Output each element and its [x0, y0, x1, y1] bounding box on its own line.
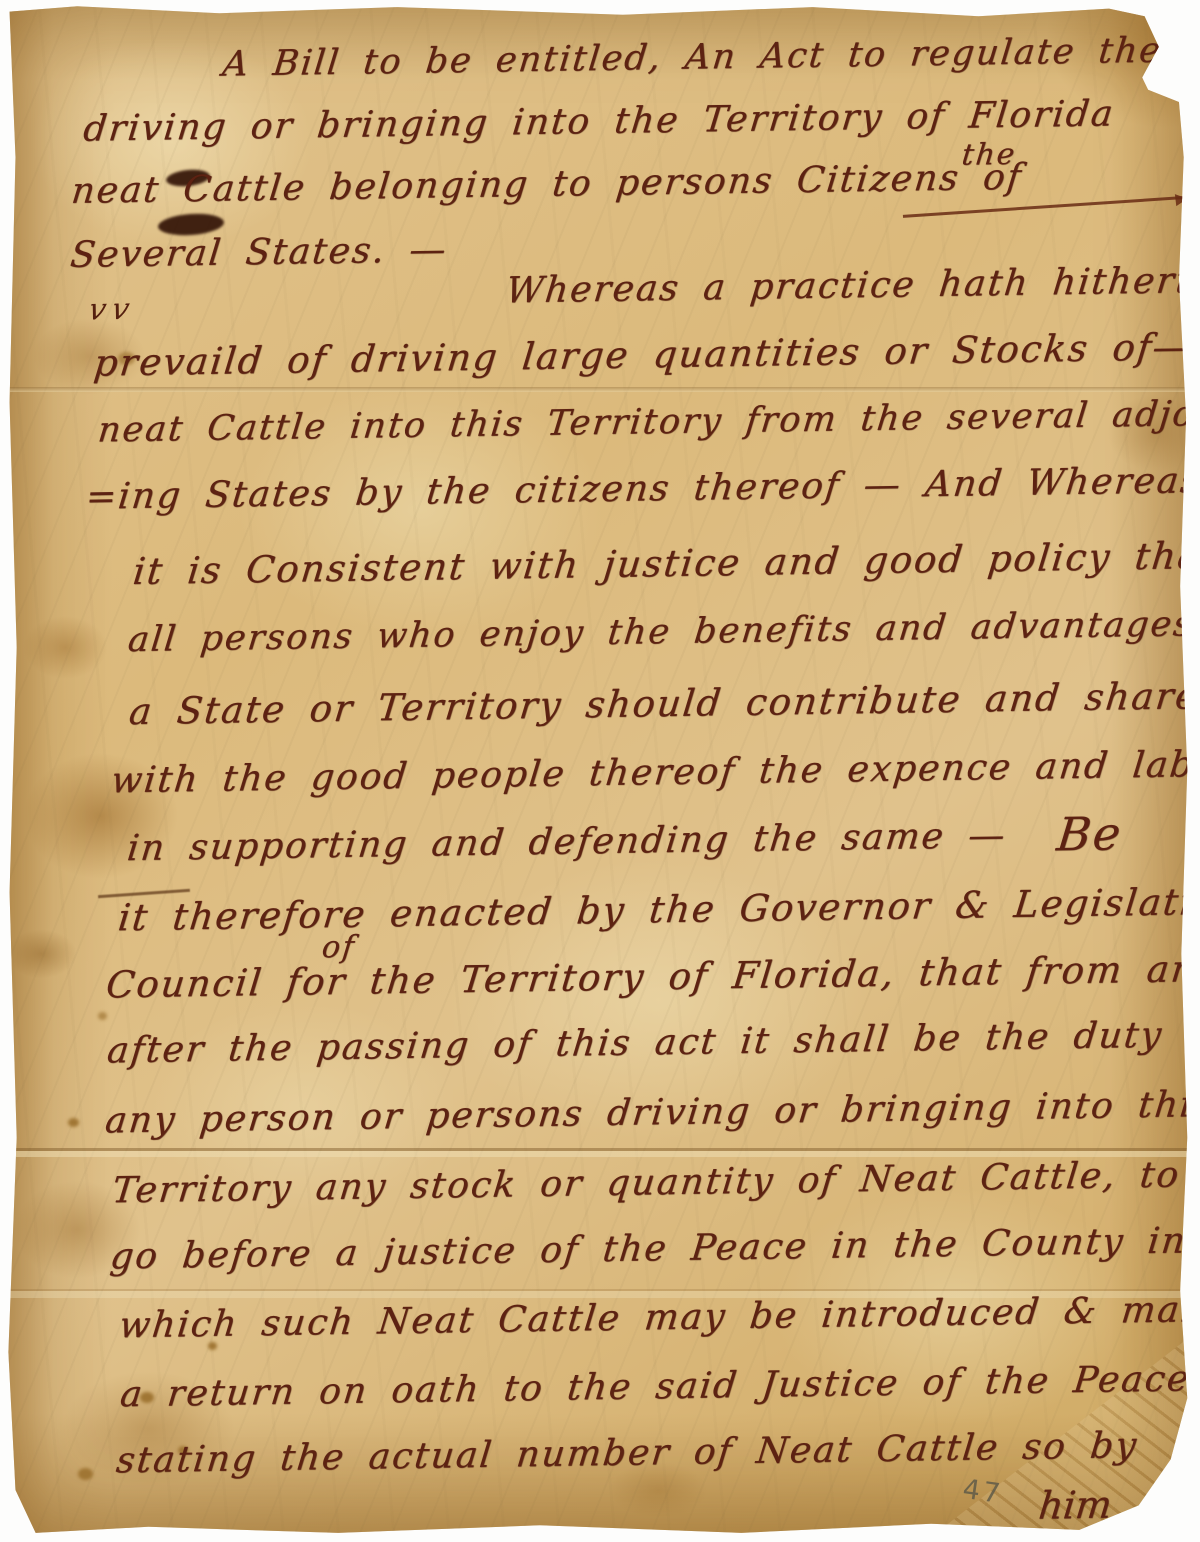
line-text: stating the actual number of Neat Cattle… — [114, 1425, 1140, 1481]
manuscript-line: after the passing of this act it shall b… — [105, 1016, 1200, 1069]
manuscript-line: =ing States by the citizens thereof — An… — [84, 463, 1200, 516]
handwriting-layer: A Bill to be entitled, An Act to regulat… — [0, 0, 1200, 1542]
manuscript-line: prevaild of driving large quantities or … — [92, 328, 1194, 381]
line-text: in supporting and defending the same — — [125, 815, 1009, 869]
manuscript-scan: A Bill to be entitled, An Act to regulat… — [0, 0, 1200, 1542]
manuscript-line: stating the actual number of Neat Cattle… — [114, 1428, 1139, 1479]
manuscript-line: neat Cattle into this Territory from the… — [96, 397, 1200, 449]
inserted-word-of: of — [320, 933, 357, 964]
manuscript-line: a return on oath to the said Justice of … — [118, 1361, 1192, 1413]
manuscript-line: Council for the Territory of Florida, th… — [104, 950, 1200, 1004]
inserted-word-the: the — [960, 140, 1018, 170]
paper-sheet: A Bill to be entitled, An Act to regulat… — [6, 4, 1192, 1536]
line-text: Several States. — — [68, 229, 449, 276]
manuscript-line: a State or Territory should contribute a… — [127, 677, 1200, 731]
line-text: go before a justice of the Peace in the … — [108, 1220, 1189, 1277]
line-text: any person or persons driving or bringin… — [103, 1084, 1200, 1142]
manuscript-line: A Bill to be entitled, An Act to regulat… — [221, 34, 1164, 83]
pencil-page-number: 47 — [961, 1474, 1005, 1510]
catchword: him — [1037, 1483, 1114, 1528]
manuscript-line: Several States. — — [69, 232, 450, 274]
margin-mark: vv — [86, 292, 139, 328]
line-text: a return on oath to the said Justice of … — [118, 1358, 1192, 1415]
manuscript-line: Whereas a practice hath hitherto — [504, 263, 1200, 310]
line-text: it therefore enacted by the Governor & L… — [116, 880, 1200, 940]
line-text: Territory any stock or quantity of Neat … — [110, 1154, 1182, 1211]
line-text: neat Cattle belonging to persons Citizen… — [69, 157, 1024, 212]
manuscript-line: in supporting and defending the same — B… — [125, 818, 1008, 867]
manuscript-line: which such Neat Cattle may be introduced… — [117, 1292, 1200, 1345]
line-text: Whereas a practice hath hitherto — [504, 260, 1200, 312]
line-text: with the good people thereof the expence… — [109, 743, 1200, 801]
manuscript-line: any person or persons driving or bringin… — [103, 1087, 1200, 1140]
line-text: it is Consistent with justice and good p… — [131, 534, 1200, 593]
manuscript-line: neat Cattle belonging to persons Citizen… — [70, 160, 1025, 210]
line-text: prevaild of driving large quantities or … — [92, 325, 1194, 384]
line-text: which such Neat Cattle may be introduced… — [117, 1289, 1200, 1347]
insertion-caret-arrow — [1175, 193, 1188, 206]
line-text: neat Cattle into this Territory from the… — [96, 394, 1200, 451]
manuscript-line: all persons who enjoy the benefits and a… — [126, 606, 1200, 658]
manuscript-line: it is Consistent with justice and good p… — [131, 537, 1200, 590]
insertion-caret-line — [903, 196, 1185, 218]
manuscript-line: Territory any stock or quantity of Neat … — [110, 1157, 1182, 1209]
manuscript-line: it therefore enacted by the Governor & L… — [116, 883, 1200, 937]
line-end-word: Be — [1055, 810, 1125, 857]
line-text: driving or bringing into the Territory o… — [81, 93, 1116, 149]
line-text: a State or Territory should contribute a… — [127, 674, 1200, 734]
line-text: all persons who enjoy the benefits and a… — [126, 603, 1200, 660]
manuscript-line: with the good people thereof the expence… — [109, 746, 1200, 799]
line-text: Council for the Territory of Florida, th… — [104, 947, 1200, 1007]
line-text: =ing States by the citizens thereof — An… — [84, 460, 1200, 518]
manuscript-line: driving or bringing into the Territory o… — [82, 96, 1117, 147]
manuscript-line: go before a justice of the Peace in the … — [108, 1223, 1188, 1275]
line-text: after the passing of this act it shall b… — [105, 1013, 1200, 1071]
line-text: A Bill to be entitled, An Act to regulat… — [220, 31, 1164, 85]
